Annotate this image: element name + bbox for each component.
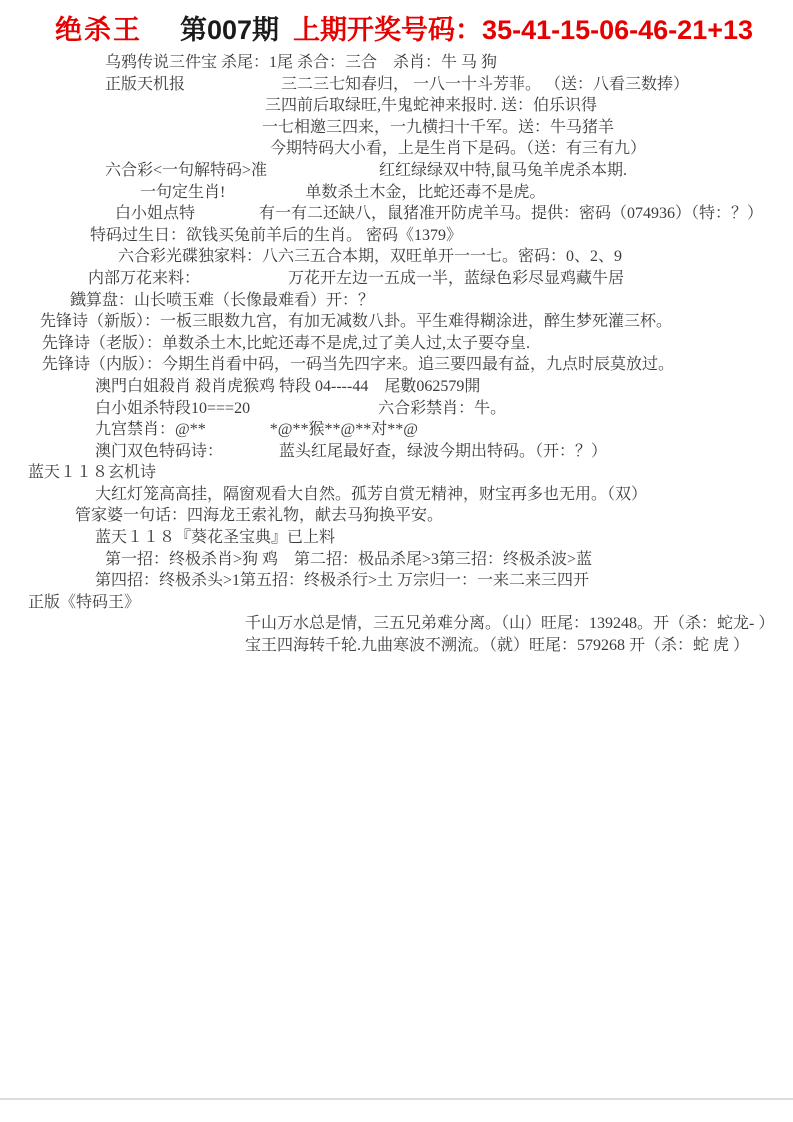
- text-line: 澳门双色特码诗： 蓝头红尾最好查，绿波今期出特码。（开：？）: [0, 441, 793, 463]
- text-line: 六合彩<一句解特码>准 红红绿绿双中特,鼠马兔羊虎杀本期.: [0, 160, 793, 182]
- text-line: 正版天机报 三二三七知春归， 一八一十斗芳菲。 （送：八看三数捧）: [0, 74, 793, 96]
- text-line: 正版《特码王》: [0, 592, 793, 614]
- text-line: 六合彩光碟独家料：八六三五合本期，双旺单开一一七。密码：0、2、9: [0, 246, 793, 268]
- last-draw-numbers: 上期开奖号码：35-41-15-06-46-21+13: [293, 15, 753, 45]
- text-line: 第四招：终极杀头>1第五招：终极杀行>土 万宗归一：一来二来三四开: [0, 570, 793, 592]
- text-line: 一句定生肖! 单数杀土木金，比蛇还毒不是虎。: [0, 182, 793, 204]
- text-line: 九宫禁肖：@** *@**猴**@**对**@: [0, 419, 793, 441]
- text-line: 大红灯笼高高挂，隔窗观看大自然。孤芳自赏无精神，财宝再多也无用。（双）: [0, 484, 793, 506]
- text-line: 白小姐杀特段10===20 六合彩禁肖：牛。: [0, 398, 793, 420]
- text-line: 管家婆一句话：四海龙王索礼物，献去马狗换平安。: [0, 505, 793, 527]
- text-line: 一七相邀三四来，一九横扫十千军。送：牛马猪羊: [0, 117, 793, 139]
- text-line: 白小姐点特 有一有二还缺八，鼠猪准开防虎羊马。提供：密码（074936）（特：？…: [0, 203, 793, 225]
- text-line: 内部万花来料： 万花开左边一五成一半，蓝绿色彩尽显鸡藏牛居: [0, 268, 793, 290]
- text-line: 先锋诗（内版）：今期生肖看中码，一码当先四字来。追三要四最有益，九点时辰莫放过。: [0, 354, 793, 376]
- text-line: 乌鸦传说三件宝 杀尾：1尾 杀合：三合 杀肖：牛 马 狗: [0, 52, 793, 74]
- text-line: 第一招：终极杀肖>狗 鸡 第二招：极品杀尾>3第三招：终极杀波>蓝: [0, 549, 793, 571]
- text-line: 蓝天１１８玄机诗: [0, 462, 793, 484]
- page-bottom-edge: [0, 1098, 793, 1100]
- text-line: 鐡算盘：山长喷玉难（长像最难看）开：？: [0, 290, 793, 312]
- text-line: 蓝天１１８『葵花圣宝典』已上料: [0, 527, 793, 549]
- text-line: 千山万水总是情，三五兄弟难分离。（山）旺尾：139248。开（杀：蛇龙- ）: [0, 613, 793, 635]
- text-line: 澳門白姐殺肖 殺肖虎猴鸡 特段 04----44 尾數062579開: [0, 376, 793, 398]
- issue-number: 第007期: [180, 15, 279, 45]
- lines: 乌鸦传说三件宝 杀尾：1尾 杀合：三合 杀肖：牛 马 狗正版天机报 三二三七知春…: [0, 52, 793, 657]
- lottery-tip-sheet: 绝杀王第007期上期开奖号码：35-41-15-06-46-21+13 乌鸦传说…: [0, 0, 793, 1122]
- page-title: 绝杀王: [55, 15, 142, 45]
- text-line: 三四前后取绿旺,牛鬼蛇神来报时. 送：伯乐识得: [0, 95, 793, 117]
- text-line: 先锋诗（老版）：单数杀土木,比蛇还毒不是虎,过了美人过,太子要夺皇.: [0, 333, 793, 355]
- text-line: 今期特码大小看，上是生肖下是码。（送：有三有九）: [0, 138, 793, 160]
- text-line: 宝王四海转千轮.九曲寒波不溯流。（就）旺尾：579268 开（杀：蛇 虎 ）: [0, 635, 793, 657]
- text-line: 先锋诗（新版）：一板三眼数九宫，有加无减数八卦。平生难得糊涂进，醉生梦死灌三杯。: [0, 311, 793, 333]
- text-line: 特码过生日：欲钱买兔前羊后的生肖。 密码《1379》: [0, 225, 793, 247]
- page-header: 绝杀王第007期上期开奖号码：35-41-15-06-46-21+13: [55, 14, 775, 46]
